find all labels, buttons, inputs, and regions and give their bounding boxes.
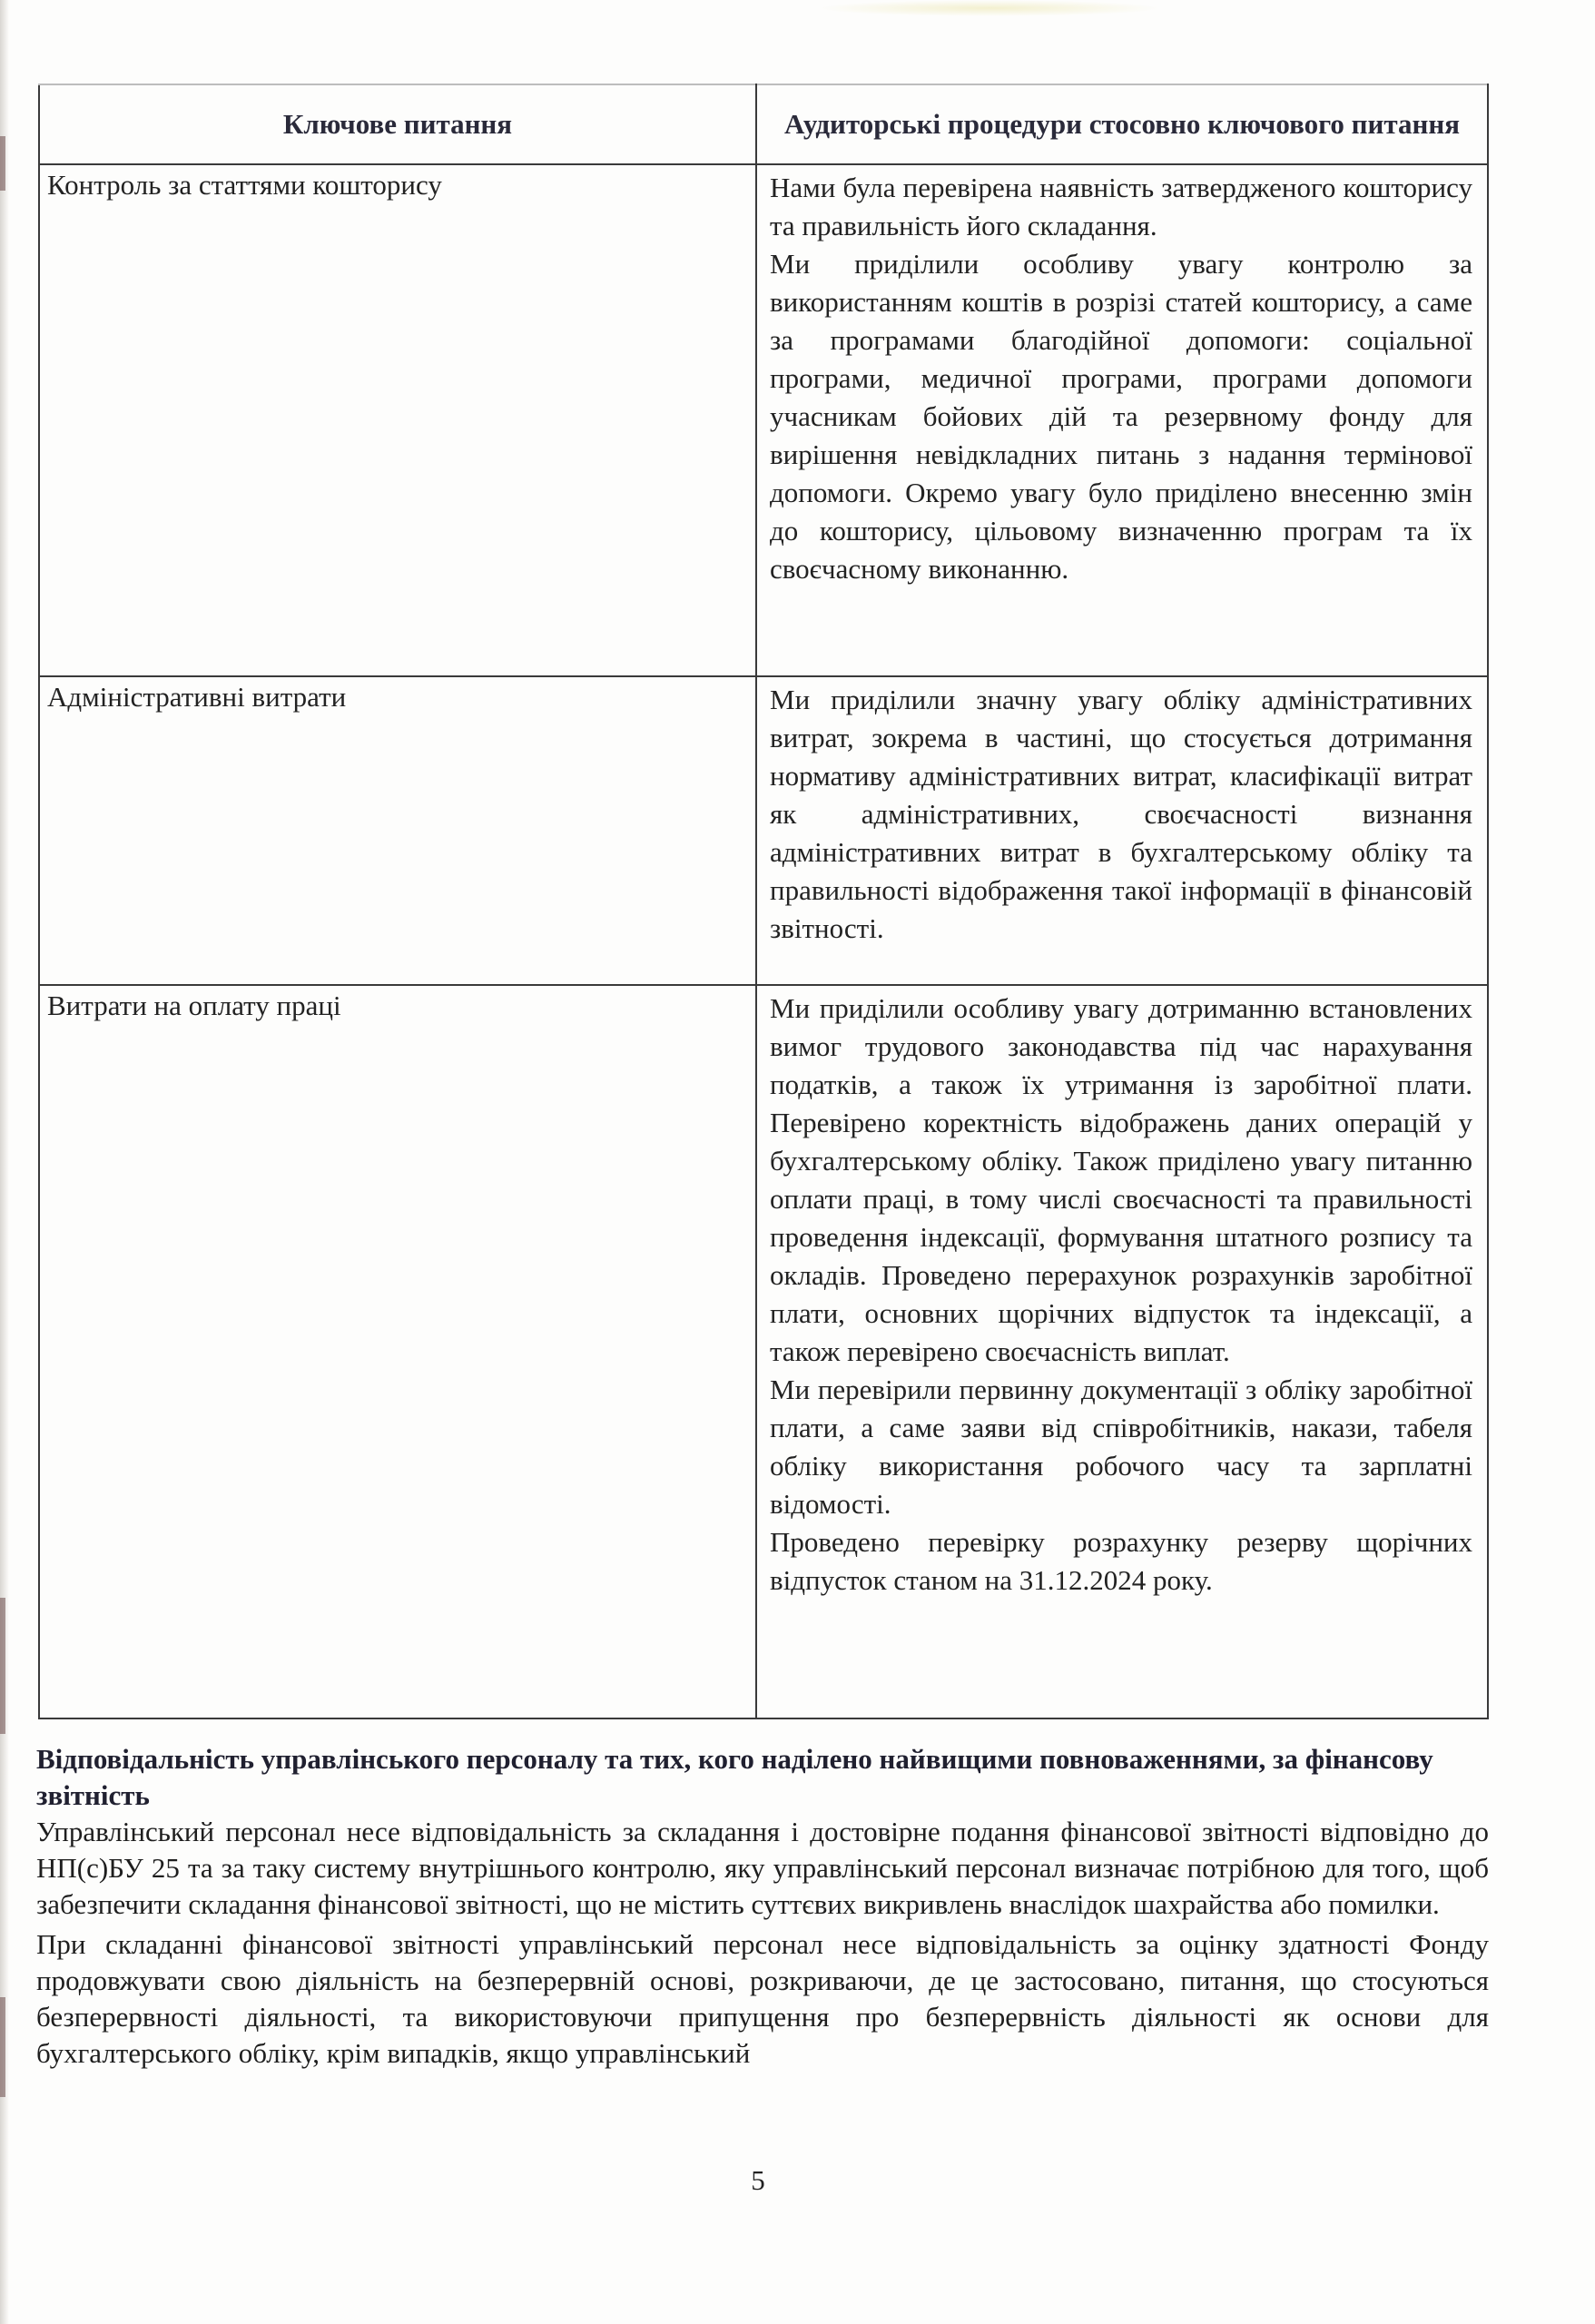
table-row: Контроль за статтями кошторису Нами була… xyxy=(39,164,1488,676)
table-header-row: Ключове питання Аудиторські процедури ст… xyxy=(39,84,1488,164)
procedure-paragraph: Нами була перевірена наявність затвердже… xyxy=(770,169,1472,245)
procedure-paragraph: Ми приділили особливу увагу дотриманню в… xyxy=(770,990,1472,1371)
scan-stain xyxy=(817,0,1162,16)
key-issue-cell: Контроль за статтями кошторису xyxy=(39,164,756,676)
procedures-cell: Нами була перевірена наявність затвердже… xyxy=(756,164,1488,676)
section-heading: Відповідальність управлінського персонал… xyxy=(36,1741,1489,1814)
header-key-issue: Ключове питання xyxy=(39,84,756,164)
procedures-cell: Ми приділили особливу увагу дотриманню в… xyxy=(756,985,1488,1718)
header-audit-procedures: Аудиторські процедури стосовно ключового… xyxy=(756,84,1488,164)
scan-binding-mark xyxy=(0,1598,5,1734)
procedures-cell: Ми приділили значну увагу обліку адмініс… xyxy=(756,676,1488,985)
section-paragraph: При складанні фінансової звітності управ… xyxy=(36,1926,1489,2072)
procedure-paragraph: Проведено перевірку розрахунку резерву щ… xyxy=(770,1523,1472,1600)
table-row: Адміністративні витрати Ми приділили зна… xyxy=(39,676,1488,985)
document-page: Ключове питання Аудиторські процедури ст… xyxy=(0,0,1595,2324)
management-responsibility-section: Відповідальність управлінського персонал… xyxy=(36,1741,1489,2072)
page-number: 5 xyxy=(0,2164,1516,2197)
procedure-paragraph: Ми перевірили первинну документації з об… xyxy=(770,1371,1472,1523)
key-audit-matters-table: Ключове питання Аудиторські процедури ст… xyxy=(38,84,1489,1719)
scan-binding-mark xyxy=(0,136,5,191)
procedure-paragraph: Ми приділили особливу увагу контролю за … xyxy=(770,245,1472,588)
scan-binding-shadow xyxy=(0,0,9,2324)
scan-binding-mark xyxy=(0,1997,5,2097)
key-issue-cell: Адміністративні витрати xyxy=(39,676,756,985)
key-issue-cell: Витрати на оплату праці xyxy=(39,985,756,1718)
procedure-paragraph: Ми приділили значну увагу обліку адмініс… xyxy=(770,681,1472,948)
table-row: Витрати на оплату праці Ми приділили осо… xyxy=(39,985,1488,1718)
section-paragraph: Управлінський персонал несе відповідальн… xyxy=(36,1814,1489,1923)
